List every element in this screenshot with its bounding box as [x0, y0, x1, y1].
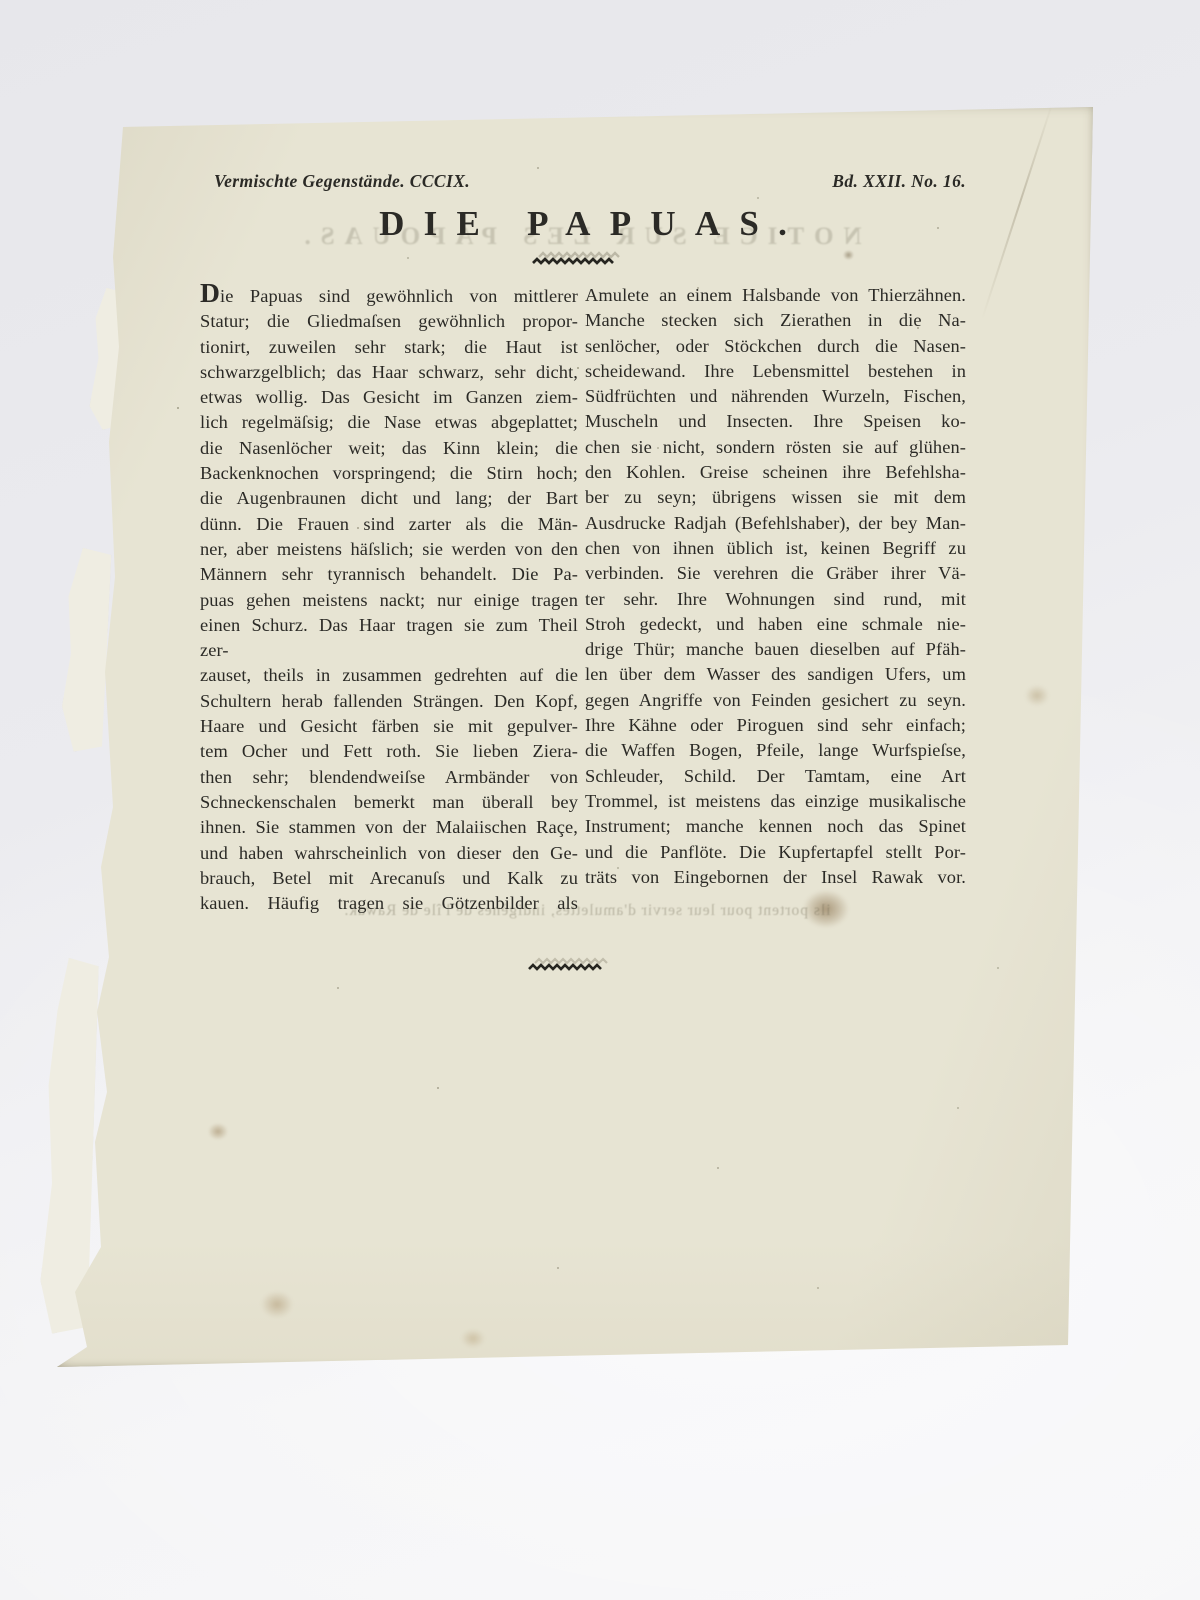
text-line: Schneckenschalen bemerkt man überall bey [200, 790, 578, 815]
text-line: chen sie nicht, sondern rösten sie auf g… [585, 435, 966, 460]
left-column: Die Papuas sind gewöhnlich von mittlerer… [200, 283, 578, 916]
text-line: und haben wahrscheinlich von dieser den … [200, 841, 578, 866]
text-line: Ausdrucke Radjah (Befehlshaber), der bey… [585, 511, 966, 536]
text-line: ber zu seyn; übrigens wissen sie mit dem [585, 485, 966, 510]
text-line: Die Papuas sind gewöhnlich von mittlerer [200, 283, 578, 309]
paper-specks [57, 107, 59, 109]
document-page: NOTICE SUR LES PAPOUAS. ils portent pour… [57, 107, 1093, 1367]
text-line: puas gehen meistens nackt; nur einige tr… [200, 588, 578, 613]
text-line: kauen. Häufig tragen sie Götzenbilder al… [200, 891, 578, 916]
text-line: tem Ocher und Fett roth. Sie lieben Zier… [200, 739, 578, 764]
running-head: Vermischte Gegenstände. CCCIX. Bd. XXII.… [200, 171, 966, 192]
text-line: Amulete an einem Halsbande von Thierzähn… [585, 283, 966, 308]
volume-label: Bd. XXII. No. 16. [832, 171, 966, 192]
text-line: len über dem Wasser des sandigen Ufers, … [585, 662, 966, 687]
text-line: Schultern herab fallenden Strängen. Den … [200, 689, 578, 714]
text-line: brauch, Betel mit Arecanuſs und Kalk zu [200, 866, 578, 891]
text-line: ter sehr. Ihre Wohnungen sind rund, mit [585, 587, 966, 612]
fox-stain [208, 1123, 228, 1140]
text-line: ner, aber meistens häſslich; sie werden … [200, 537, 578, 562]
text-line: scheidewand. Ihre Lebensmittel bestehen … [585, 359, 966, 384]
fox-stain [461, 1329, 485, 1348]
printed-content: Vermischte Gegenstände. CCCIX. Bd. XXII.… [200, 171, 966, 916]
text-line: verbinden. Sie verehren die Gräber ihrer… [585, 561, 966, 586]
text-line: etwas wollig. Das Gesicht im Ganzen ziem… [200, 385, 578, 410]
text-line: Schleuder, Schild. Der Tamtam, eine Art [585, 764, 966, 789]
text-line: lich regelmäſsig; die Nase etwas abgepla… [200, 410, 578, 435]
photo-background: NOTICE SUR LES PAPOUAS. ils portent pour… [0, 0, 1200, 1600]
text-line: Südfrüchten und nährenden Wurzeln, Fisch… [585, 384, 966, 409]
text-line: drige Thür; manche bauen dieselben auf P… [585, 637, 966, 662]
text-line: Statur; die Gliedmaſsen gewöhnlich propo… [200, 309, 578, 334]
page-title: DIE PAPUAS. [200, 204, 966, 244]
text-line: einen Schurz. Das Haar tragen sie zum Th… [200, 613, 578, 664]
text-line: Trommel, ist meistens das einzige musika… [585, 789, 966, 814]
series-label: Vermischte Gegenstände. CCCIX. [214, 171, 470, 192]
text-line: Haare und Gesicht färben sie mit gepulve… [200, 714, 578, 739]
text-line: Männern sehr tyrannisch behandelt. Die P… [200, 562, 578, 587]
text-line: then sehr; blendendweiſse Armbänder von [200, 765, 578, 790]
text-line: die Nasenlöcher weit; das Kinn klein; di… [200, 436, 578, 461]
squiggle-ornament [200, 251, 966, 267]
text-line: die Waffen Bogen, Pfeile, lange Wurfspie… [585, 738, 966, 763]
text-line: Stroh gedeckt, und haben eine schmale ni… [585, 612, 966, 637]
text-line: schwarzgelblich; das Haar schwarz, sehr … [200, 360, 578, 385]
text-line: senlöcher, oder Stöckchen durch die Nase… [585, 334, 966, 359]
text-line: dünn. Die Frauen sind zarter als die Män… [200, 512, 578, 537]
text-line: gegen Angriffe von Feinden gesichert zu … [585, 688, 966, 713]
text-line: tionirt, zuweilen sehr stark; die Haut i… [200, 335, 578, 360]
text-line: ihnen. Sie stammen von der Malaiischen R… [200, 815, 578, 840]
text-line: träts von Eingebornen der Insel Rawak vo… [585, 865, 966, 890]
text-line: Instrument; manche kennen noch das Spine… [585, 814, 966, 839]
text-line: Ihre Kähne oder Piroguen sind sehr einfa… [585, 713, 966, 738]
text-line: Muscheln und Insecten. Ihre Speisen ko- [585, 409, 966, 434]
end-squiggle-ornament [57, 957, 1093, 973]
torn-paper-flap [60, 547, 111, 752]
text-line: Manche stecken sich Zierathen in die Na- [585, 308, 966, 333]
text-line: den Kohlen. Greise scheinen ihre Befehls… [585, 460, 966, 485]
text-line: zauset, theils in zusammen gedrehten auf… [200, 663, 578, 688]
fox-stain [1025, 685, 1049, 706]
text-columns: Die Papuas sind gewöhnlich von mittlerer… [200, 283, 966, 916]
fox-stain [261, 1291, 293, 1318]
right-column: Amulete an einem Halsbande von Thierzähn… [585, 283, 966, 916]
text-line: und die Panflöte. Die Kupfertapfel stell… [585, 840, 966, 865]
text-line: chen von ihnen üblich ist, keinen Begrif… [585, 536, 966, 561]
text-line: Backenknochen vorspringend; die Stirn ho… [200, 461, 578, 486]
text-line: die Augenbraunen dicht und lang; der Bar… [200, 486, 578, 511]
